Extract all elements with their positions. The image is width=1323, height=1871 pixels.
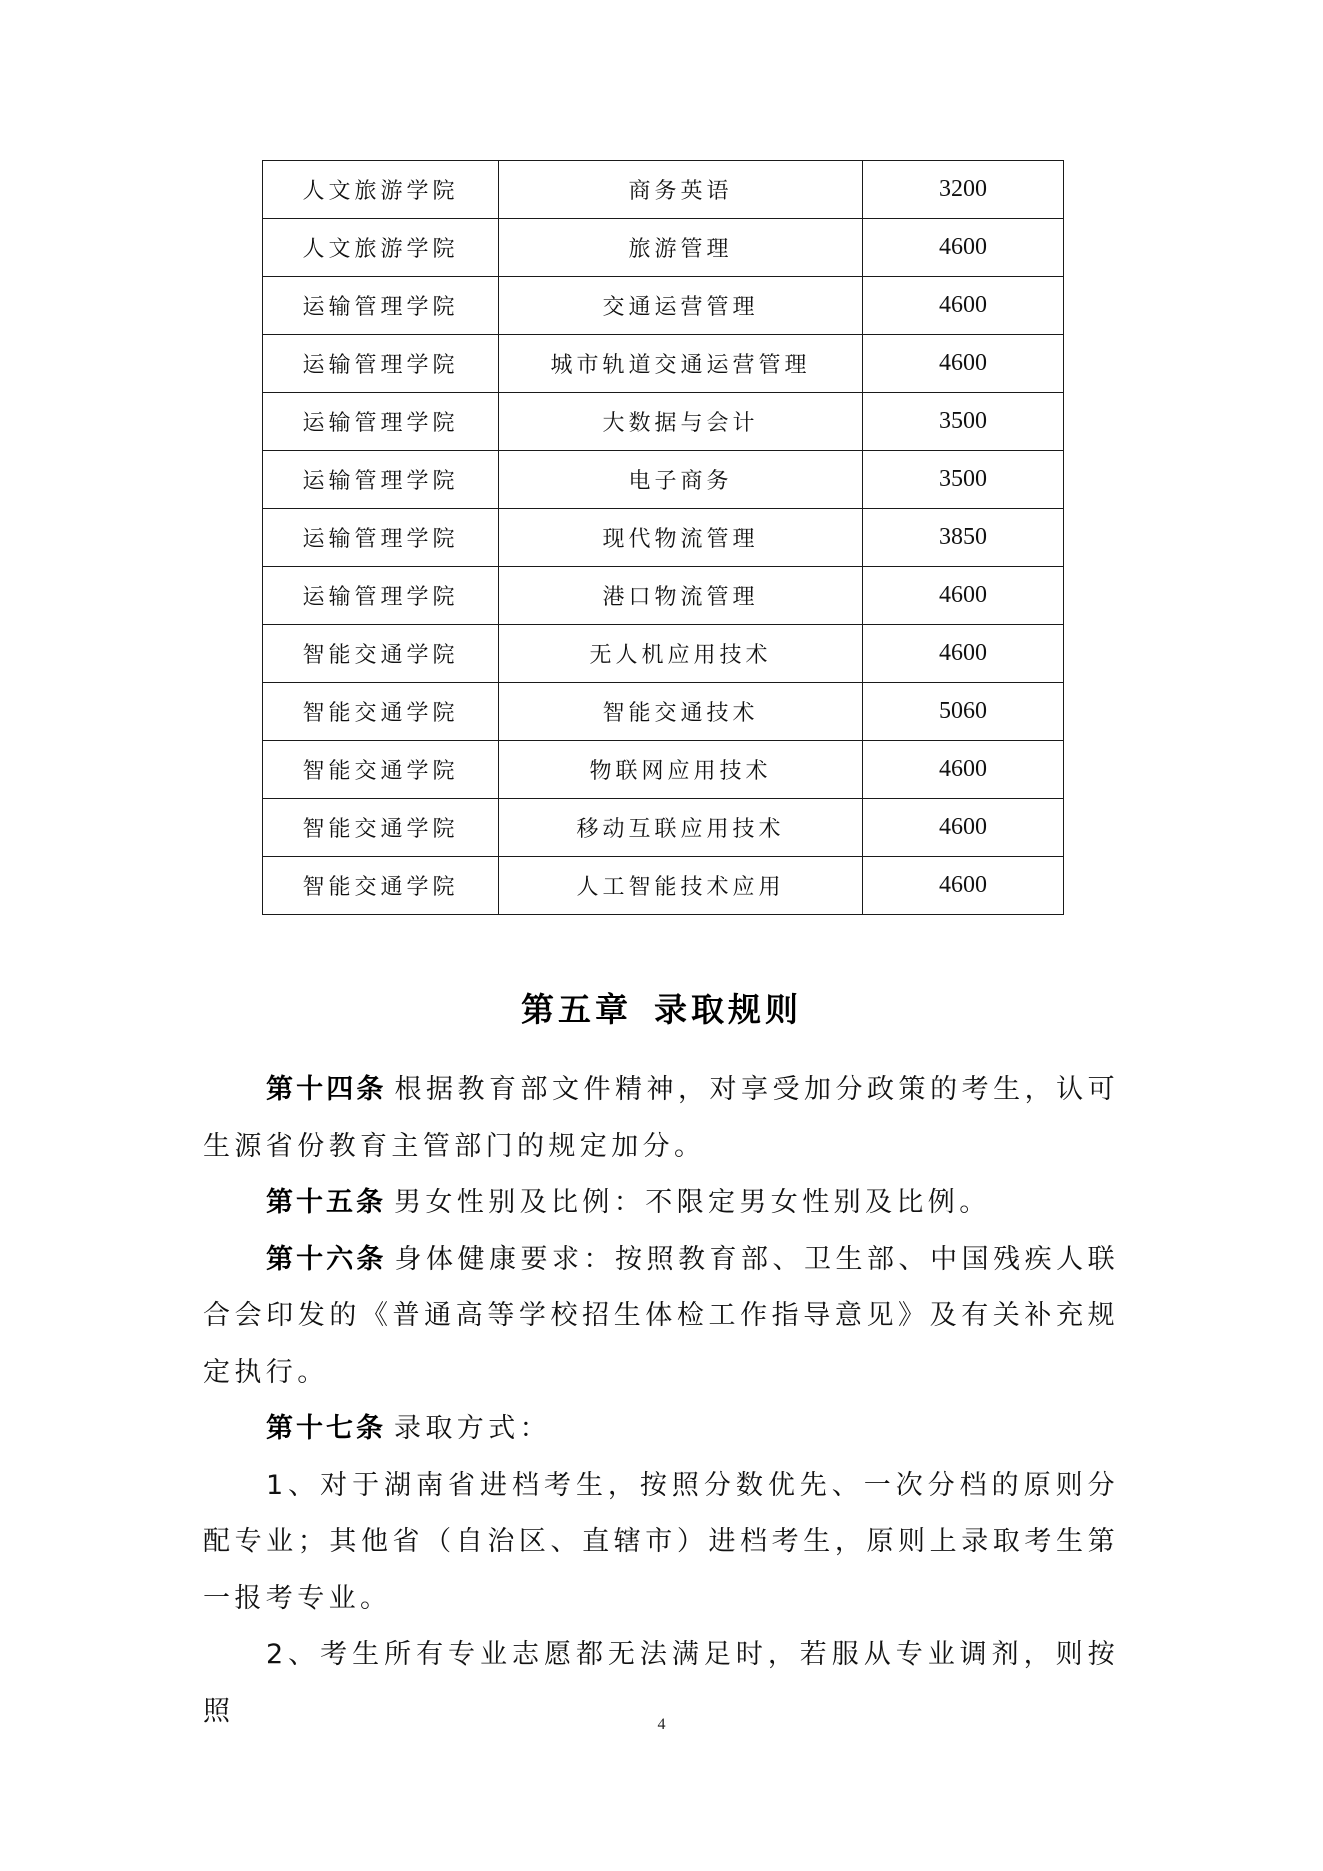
major-cell: 移动互联应用技术 [499, 799, 863, 857]
fee-cell: 4600 [863, 625, 1064, 683]
article-17: 第十七条录取方式： [203, 1401, 1119, 1458]
chapter-heading: 第五章录取规则 [0, 988, 1323, 1032]
college-cell: 运输管理学院 [263, 509, 499, 567]
college-cell: 人文旅游学院 [263, 219, 499, 277]
article-number: 第十四条 [266, 1074, 386, 1105]
major-cell: 智能交通技术 [499, 683, 863, 741]
major-cell: 商务英语 [499, 161, 863, 219]
page-number: 4 [0, 1716, 1323, 1734]
college-cell: 智能交通学院 [263, 683, 499, 741]
college-cell: 智能交通学院 [263, 799, 499, 857]
table-row: 智能交通学院 智能交通技术 5060 [263, 683, 1064, 741]
fee-cell: 4600 [863, 277, 1064, 335]
table-row: 运输管理学院 交通运营管理 4600 [263, 277, 1064, 335]
article-number: 第十五条 [266, 1187, 386, 1218]
college-cell: 智能交通学院 [263, 857, 499, 915]
major-cell: 无人机应用技术 [499, 625, 863, 683]
article-number: 第十七条 [266, 1413, 386, 1444]
fee-cell: 4600 [863, 335, 1064, 393]
table-row: 智能交通学院 物联网应用技术 4600 [263, 741, 1064, 799]
major-cell: 交通运营管理 [499, 277, 863, 335]
fee-cell: 3850 [863, 509, 1064, 567]
table-row: 智能交通学院 无人机应用技术 4600 [263, 625, 1064, 683]
college-cell: 运输管理学院 [263, 393, 499, 451]
table-row: 人文旅游学院 商务英语 3200 [263, 161, 1064, 219]
chapter-number: 第五章 [521, 990, 632, 1029]
article-16: 第十六条身体健康要求：按照教育部、卫生部、中国残疾人联合会印发的《普通高等学校招… [203, 1232, 1119, 1402]
table-row: 智能交通学院 移动互联应用技术 4600 [263, 799, 1064, 857]
fee-cell: 4600 [863, 857, 1064, 915]
major-cell: 人工智能技术应用 [499, 857, 863, 915]
major-cell: 港口物流管理 [499, 567, 863, 625]
college-cell: 运输管理学院 [263, 335, 499, 393]
college-cell: 人文旅游学院 [263, 161, 499, 219]
article-15: 第十五条男女性别及比例：不限定男女性别及比例。 [203, 1175, 1119, 1232]
major-cell: 现代物流管理 [499, 509, 863, 567]
table-row: 运输管理学院 城市轨道交通运营管理 4600 [263, 335, 1064, 393]
fee-cell: 3500 [863, 393, 1064, 451]
table-row: 运输管理学院 电子商务 3500 [263, 451, 1064, 509]
fee-cell: 4600 [863, 219, 1064, 277]
college-cell: 智能交通学院 [263, 625, 499, 683]
clause-text: 2、考生所有专业志愿都无法满足时，若服从专业调剂，则按照 [203, 1639, 1119, 1727]
table-row: 人文旅游学院 旅游管理 4600 [263, 219, 1064, 277]
major-cell: 电子商务 [499, 451, 863, 509]
college-cell: 运输管理学院 [263, 277, 499, 335]
major-cell: 物联网应用技术 [499, 741, 863, 799]
article-text: 男女性别及比例：不限定男女性别及比例。 [394, 1187, 991, 1218]
clause-text: 1、对于湖南省进档考生，按照分数优先、一次分档的原则分配专业；其他省（自治区、直… [203, 1470, 1119, 1614]
table-row: 智能交通学院 人工智能技术应用 4600 [263, 857, 1064, 915]
major-cell: 大数据与会计 [499, 393, 863, 451]
document-page: 人文旅游学院 商务英语 3200 人文旅游学院 旅游管理 4600 运输管理学院… [0, 0, 1323, 1871]
article-14: 第十四条根据教育部文件精神，对享受加分政策的考生，认可生源省份教育主管部门的规定… [203, 1062, 1119, 1175]
fee-cell: 4600 [863, 799, 1064, 857]
college-cell: 运输管理学院 [263, 567, 499, 625]
clause-1: 1、对于湖南省进档考生，按照分数优先、一次分档的原则分配专业；其他省（自治区、直… [203, 1458, 1119, 1628]
tuition-fee-table: 人文旅游学院 商务英语 3200 人文旅游学院 旅游管理 4600 运输管理学院… [262, 160, 1064, 915]
fee-cell: 3500 [863, 451, 1064, 509]
rules-body: 第十四条根据教育部文件精神，对享受加分政策的考生，认可生源省份教育主管部门的规定… [203, 1062, 1119, 1740]
college-cell: 运输管理学院 [263, 451, 499, 509]
chapter-title-text: 录取规则 [654, 990, 802, 1029]
table-row: 运输管理学院 港口物流管理 4600 [263, 567, 1064, 625]
fee-cell: 5060 [863, 683, 1064, 741]
article-text: 录取方式： [394, 1413, 551, 1444]
fee-cell: 4600 [863, 567, 1064, 625]
fee-cell: 4600 [863, 741, 1064, 799]
table-row: 运输管理学院 现代物流管理 3850 [263, 509, 1064, 567]
major-cell: 旅游管理 [499, 219, 863, 277]
college-cell: 智能交通学院 [263, 741, 499, 799]
table-row: 运输管理学院 大数据与会计 3500 [263, 393, 1064, 451]
fee-cell: 3200 [863, 161, 1064, 219]
article-number: 第十六条 [266, 1244, 386, 1275]
major-cell: 城市轨道交通运营管理 [499, 335, 863, 393]
